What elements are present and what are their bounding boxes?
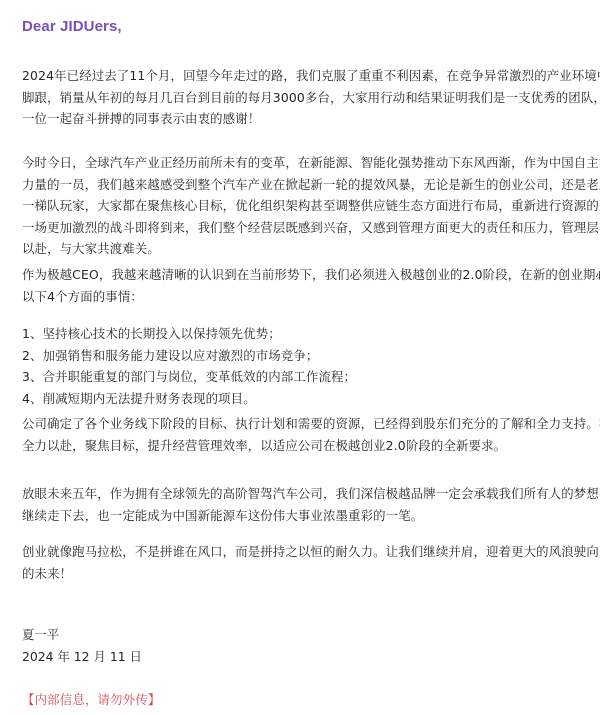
text-line: 的未来！ — [22, 563, 582, 585]
paragraph-company-goals: 公司确定了各个业务线下阶段的目标、执行计划和需要的资源，已经得到股东们充分的了解… — [22, 413, 582, 456]
text-line: 公司确定了各个业务线下阶段的目标、执行计划和需要的资源，已经得到股东们充分的了解… — [22, 413, 582, 435]
text-line: 一位一起奋斗拼搏的同事表示由衷的感谢！ — [22, 108, 582, 130]
text-line: 一场更加激烈的战斗即将到来，我们整个经营层既感到兴奋，又感到管理方面更大的责任和… — [22, 217, 582, 239]
confidential-notice: 【内部信息，请勿外传】 — [22, 691, 161, 709]
list-item: 4、削减短期内无法提升财务表现的项目。 — [22, 388, 582, 410]
signature-date: 2024 年 12 月 11 日 — [22, 646, 142, 668]
list-item: 1、坚持核心技术的长期投入以保持领先优势； — [22, 323, 582, 345]
paragraph-industry-change: 今时今日，全球汽车产业正经历前所未有的变革，在新能源、智能化强势推动下东风西渐，… — [22, 152, 582, 260]
text-line: 作为极越CEO，我越来越清晰的认识到在当前形势下，我们必须进入极越创业的2.0阶… — [22, 264, 582, 286]
paragraph-year-review: 2024年已经过去了11个月，回望今年走过的路，我们克服了重重不利因素，在竞争异… — [22, 65, 582, 130]
text-line: 一梯队玩家，大家都在聚焦核心目标，优化组织架构甚至调整供应链生态方面进行布局，重… — [22, 195, 582, 217]
text-line: 2024年已经过去了11个月，回望今年走过的路，我们克服了重重不利因素，在竞争异… — [22, 65, 582, 87]
text-line: 脚跟，销量从年初的每月几百台到目前的每月3000多台，大家用行动和结果证明我们是… — [22, 87, 582, 109]
letter-greeting: Dear JIDUers, — [22, 18, 122, 35]
priority-list: 1、坚持核心技术的长期投入以保持领先优势； 2、加强销售和服务能力建设以应对激烈… — [22, 323, 582, 409]
text-line: 放眼未来五年，作为拥有全球领先的高阶智驾汽车公司，我们深信极越品牌一定会承载我们… — [22, 483, 582, 505]
paragraph-five-year-outlook: 放眼未来五年，作为拥有全球领先的高阶智驾汽车公司，我们深信极越品牌一定会承载我们… — [22, 483, 582, 526]
text-line: 今时今日，全球汽车产业正经历前所未有的变革，在新能源、智能化强势推动下东风西渐，… — [22, 152, 582, 174]
text-line: 继续走下去，也一定能成为中国新能源车这份伟大事业浓墨重彩的一笔。 — [22, 505, 582, 527]
list-item: 3、合并职能重复的部门与岗位，变革低效的内部工作流程； — [22, 366, 582, 388]
paragraph-ceo-statement: 作为极越CEO，我越来越清晰的认识到在当前形势下，我们必须进入极越创业的2.0阶… — [22, 264, 582, 307]
text-line: 创业就像跑马拉松，不是拼谁在风口，而是拼持之以恒的耐久力。让我们继续并肩，迎着更… — [22, 541, 582, 563]
signature-block: 夏一平 2024 年 12 月 11 日 — [22, 624, 142, 667]
letter-page: Dear JIDUers, 2024年已经过去了11个月，回望今年走过的路，我们… — [0, 0, 600, 715]
text-line: 力量的一员，我们越来越感受到整个汽车产业在掀起新一轮的提效风暴，无论是新生的创业… — [22, 174, 582, 196]
text-line: 以赴，与大家共渡难关。 — [22, 238, 582, 260]
text-line: 全力以赴，聚焦目标，提升经营管理效率，以适应公司在极越创业2.0阶段的全新要求。 — [22, 435, 582, 457]
signature-name: 夏一平 — [22, 624, 142, 646]
list-item: 2、加强销售和服务能力建设以应对激烈的市场竞争； — [22, 345, 582, 367]
text-line: 以下4个方面的事情： — [22, 286, 582, 308]
paragraph-marathon: 创业就像跑马拉松，不是拼谁在风口，而是拼持之以恒的耐久力。让我们继续并肩，迎着更… — [22, 541, 582, 584]
